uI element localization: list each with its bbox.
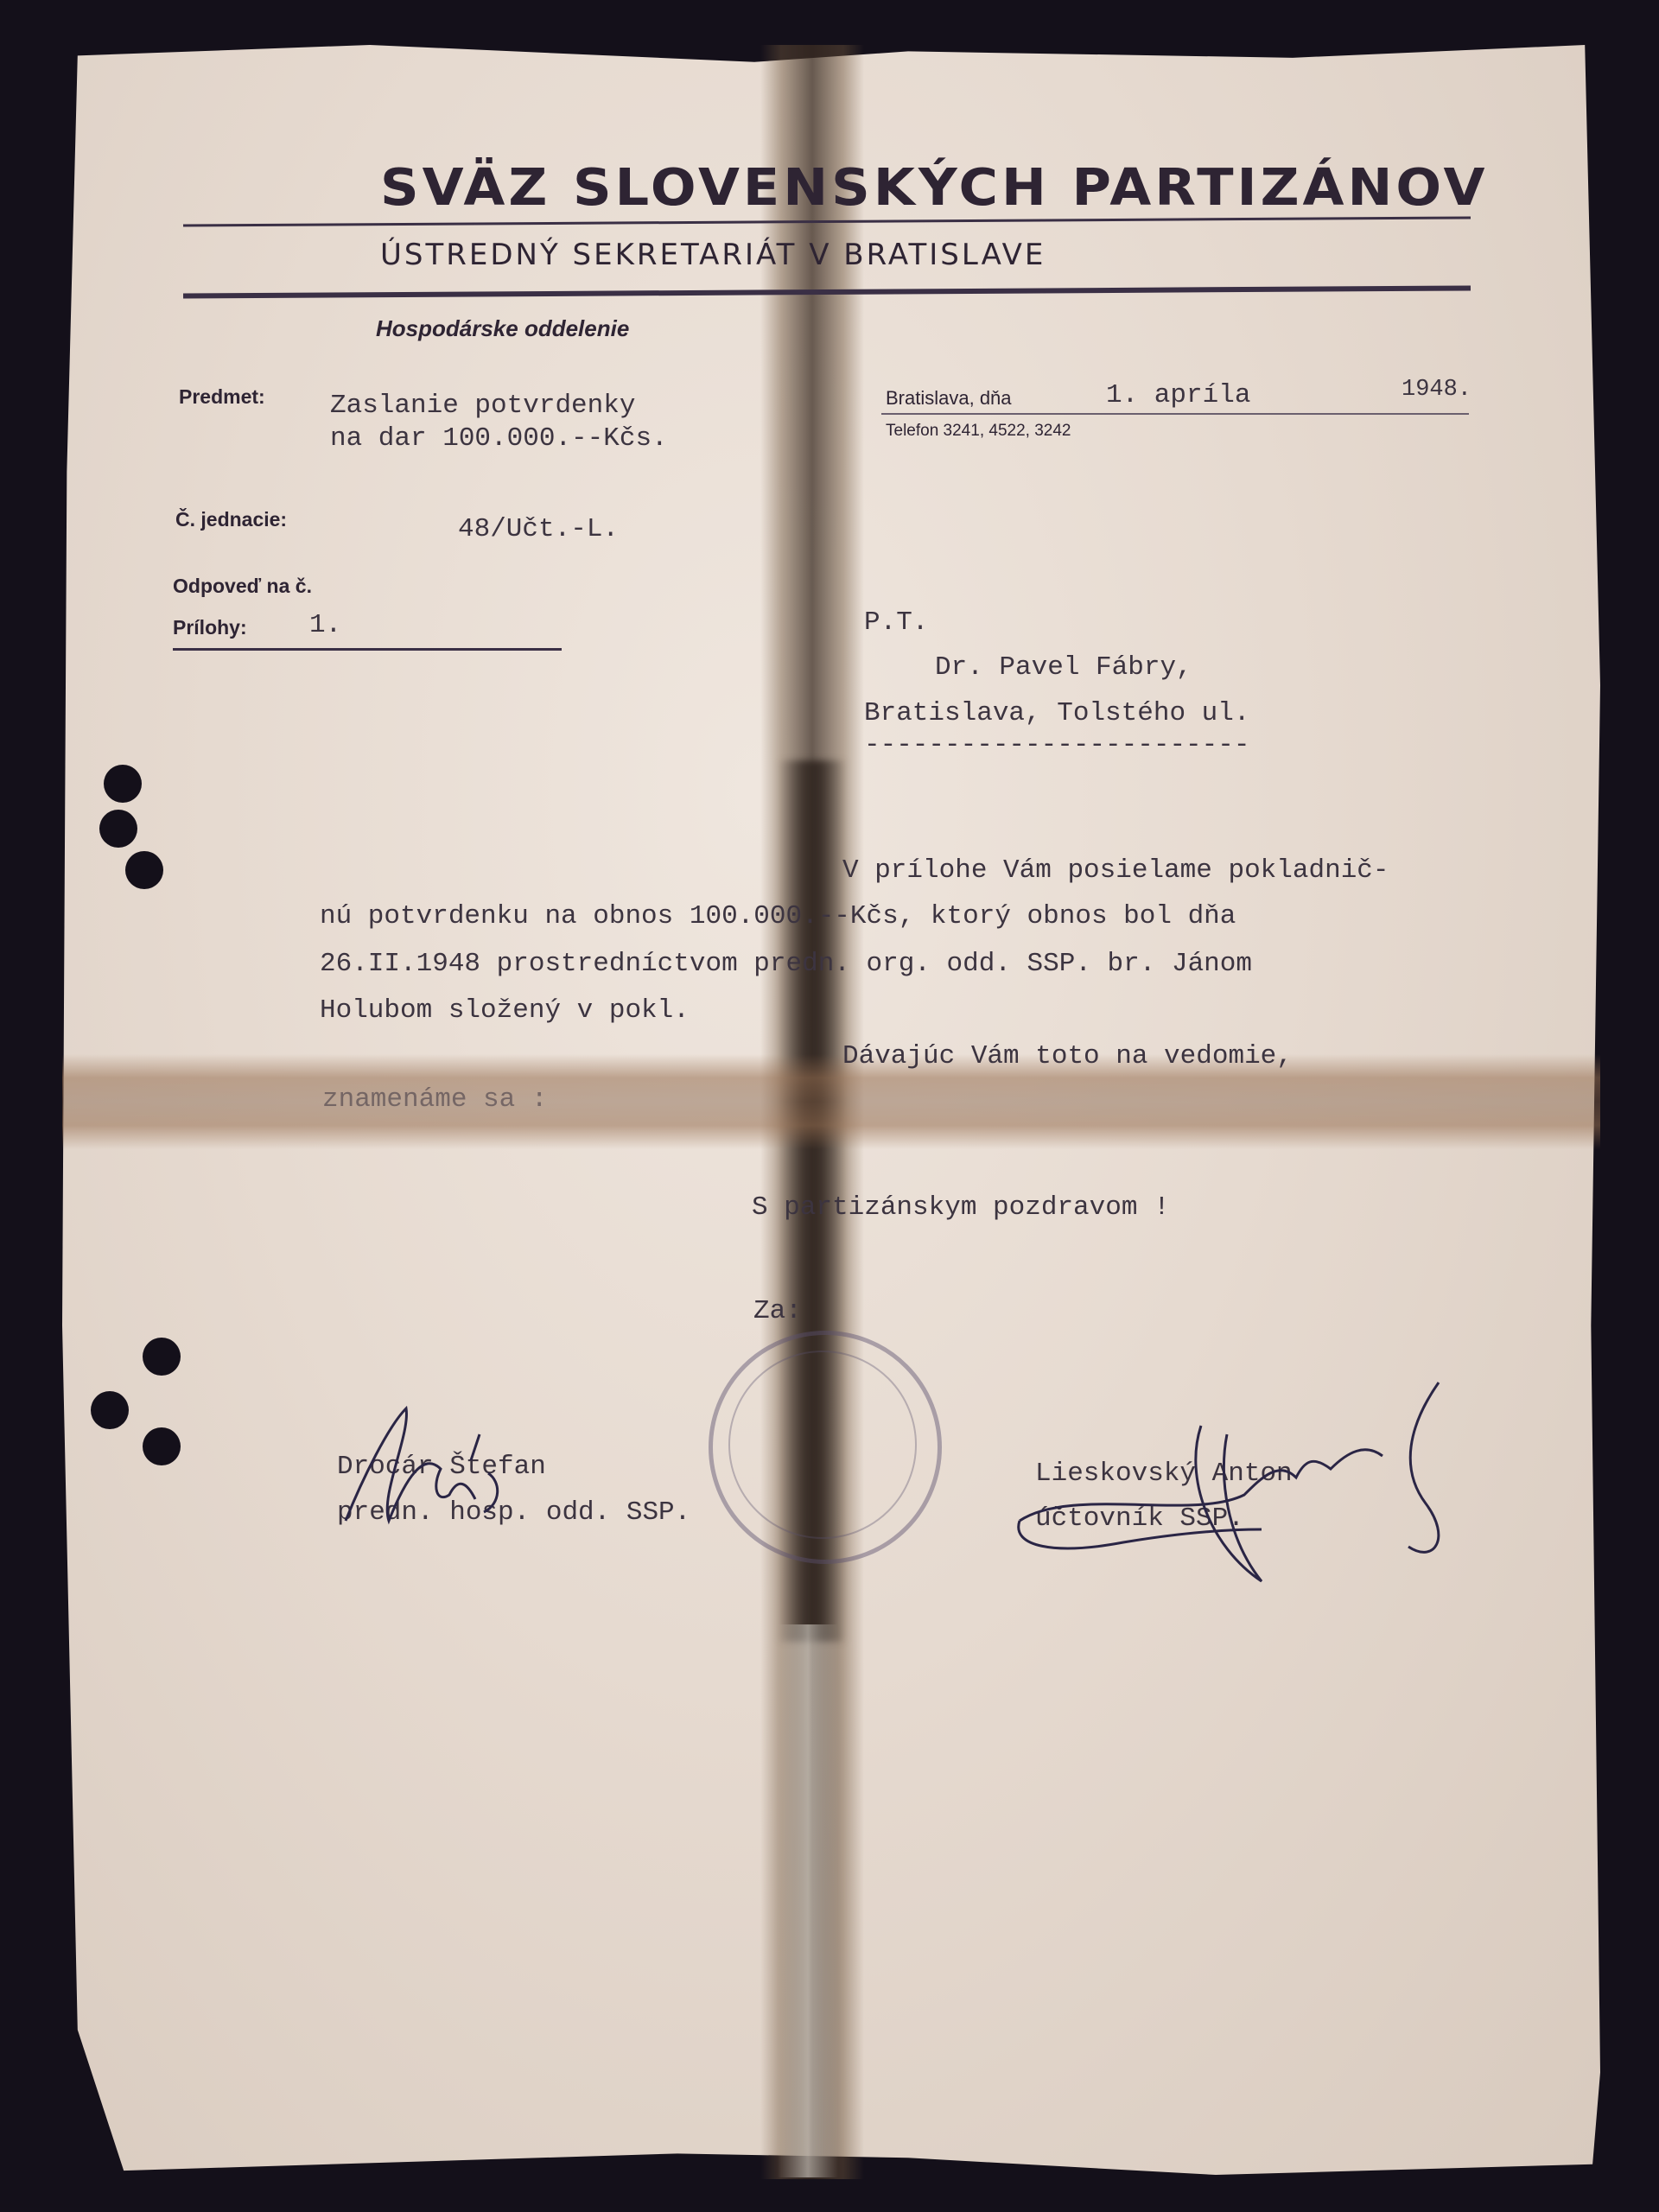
tape-shine xyxy=(778,1624,838,2177)
organization-title: SVÄZ SLOVENSKÝCH PARTIZÁNOV xyxy=(380,157,1488,217)
office-subtitle: ÚSTREDNÝ SEKRETARIÁT V BRATISLAVE xyxy=(380,238,1046,272)
reference-label: Č. jednacie: xyxy=(175,508,287,531)
punch-hole xyxy=(143,1338,181,1376)
date-rule xyxy=(881,413,1469,415)
attachments-label: Prílohy: xyxy=(173,616,247,639)
date-year: 1948. xyxy=(1402,377,1471,403)
attachments-value: 1. xyxy=(309,610,341,640)
punch-hole xyxy=(99,810,137,848)
punch-hole xyxy=(125,851,163,889)
closing-greeting: S partizánskym pozdravom ! xyxy=(752,1192,1170,1223)
subject-line-2: na dar 100.000.--Kčs. xyxy=(330,423,668,454)
phone-number: Telefon 3241, 4522, 3242 xyxy=(886,422,1071,441)
punch-hole xyxy=(104,765,142,803)
left-handwritten-signature xyxy=(328,1400,588,1538)
right-handwritten-signature xyxy=(1002,1374,1486,1599)
reply-label: Odpoveď na č. xyxy=(173,575,312,598)
reference-value: 48/Učt.-L. xyxy=(458,514,619,544)
recipient-salutation: P.T. xyxy=(864,607,928,638)
recipient-name: Dr. Pavel Fábry, xyxy=(935,652,1192,683)
recipient-underline: ------------------------ xyxy=(864,730,1249,760)
on-behalf-label: Za: xyxy=(753,1296,802,1326)
body-line-6: znamenáme sa : xyxy=(322,1084,547,1115)
punch-hole xyxy=(143,1427,181,1465)
recipient-address: Bratislava, Tolstého ul. xyxy=(864,698,1249,728)
body-line-1: V prílohe Vám posielame pokladnič- xyxy=(842,855,1389,886)
place-label: Bratislava, dňa xyxy=(886,387,1012,410)
body-line-5: Dávajúc Vám toto na vedomie, xyxy=(842,1041,1293,1071)
date-day-month: 1. apríla xyxy=(1106,380,1250,410)
official-stamp xyxy=(709,1331,942,1564)
meta-rule xyxy=(173,648,562,651)
subject-line-1: Zaslanie potvrdenky xyxy=(330,391,635,421)
horizontal-fold-tape xyxy=(62,1054,1600,1149)
body-line-2: nú potvrdenku na obnos 100.000.--Kčs, kt… xyxy=(320,901,1236,931)
body-line-3: 26.II.1948 prostredníctvom predn. org. o… xyxy=(320,949,1252,979)
body-line-4: Holubom složený v pokl. xyxy=(320,995,690,1026)
punch-hole xyxy=(91,1391,129,1429)
department-label: Hospodárske oddelenie xyxy=(376,315,629,342)
subject-label: Predmet: xyxy=(179,385,265,409)
